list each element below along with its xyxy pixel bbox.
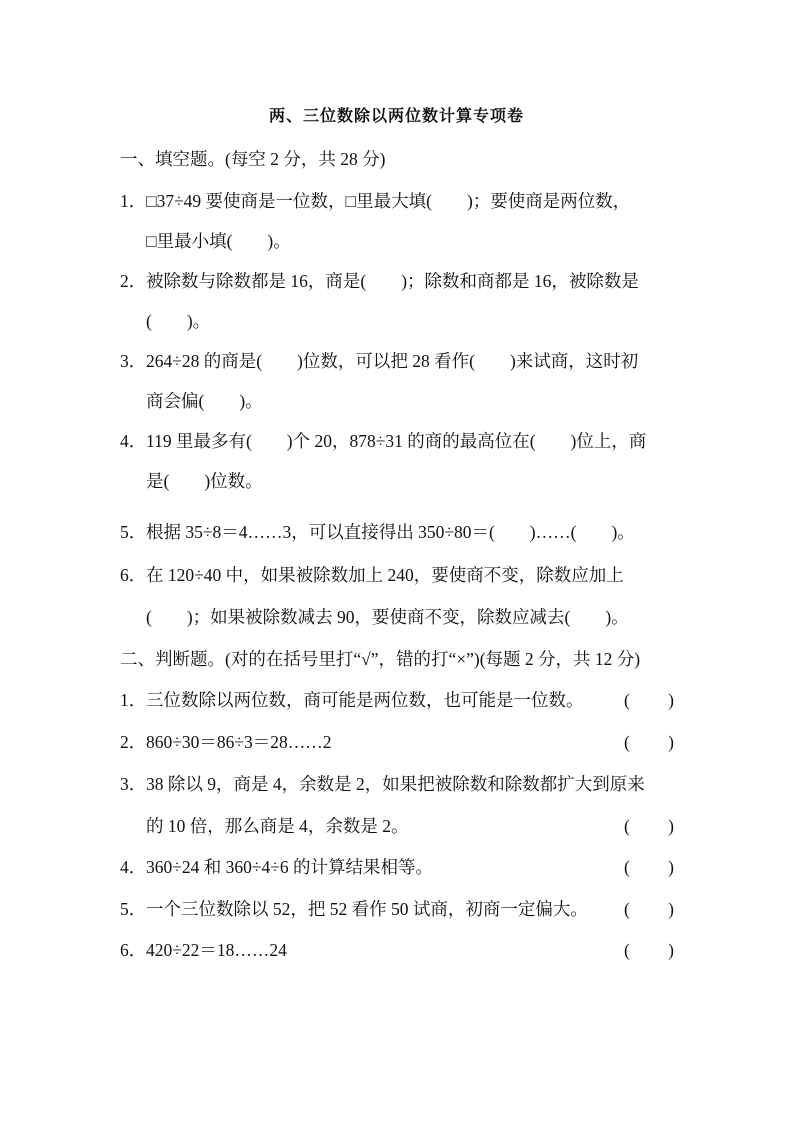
answer-bracket-6[interactable]: () (624, 938, 674, 962)
question-number: 6． (120, 938, 146, 962)
fill-question-3-cont: 商会偏( )。 (146, 389, 263, 413)
question-number: 2． (120, 269, 146, 293)
judge-question-5: 5．一个三位数除以 52，把 52 看作 50 试商，初商一定偏大。 (120, 897, 588, 921)
judge-question-6: 6．420÷22＝18……24 (120, 938, 287, 962)
question-number: 3． (120, 349, 146, 373)
fill-question-3: 3．264÷28 的商是( )位数，可以把 28 看作( )来试商，这时初 (120, 349, 638, 373)
question-text: 264÷28 的商是( )位数，可以把 28 看作( )来试商，这时初 (146, 351, 638, 371)
bracket-open: ( (624, 688, 630, 712)
fill-question-4-cont: 是( )位数。 (146, 469, 263, 493)
bracket-close: ) (668, 938, 674, 962)
question-text: 860÷30＝86÷3＝28……2 (146, 732, 331, 752)
page-title: 两、三位数除以两位数计算专项卷 (0, 103, 793, 126)
question-number: 6． (120, 563, 146, 587)
answer-bracket-4[interactable]: () (624, 855, 674, 879)
question-text: 360÷24 和 360÷4÷6 的计算结果相等。 (146, 857, 433, 877)
fill-question-1-cont: □里最小填( )。 (146, 229, 291, 253)
fill-question-2: 2．被除数与除数都是 16，商是( )；除数和商都是 16，被除数是 (120, 269, 639, 293)
question-number: 1． (120, 688, 146, 712)
fill-question-1: 1．□37÷49 要使商是一位数，□里最大填( )；要使商是两位数， (120, 189, 630, 213)
bracket-close: ) (668, 688, 674, 712)
bracket-open: ( (624, 855, 630, 879)
fill-question-6-cont: ( )；如果被除数减去 90，要使商不变，除数应减去( )。 (146, 605, 629, 629)
question-number: 5． (120, 520, 146, 544)
bracket-close: ) (668, 897, 674, 921)
fill-question-6: 6．在 120÷40 中，如果被除数加上 240，要使商不变，除数应加上 (120, 563, 624, 587)
question-number: 4． (120, 855, 146, 879)
answer-bracket-2[interactable]: () (624, 730, 674, 754)
question-number: 5． (120, 897, 146, 921)
bracket-close: ) (668, 855, 674, 879)
question-text: 38 除以 9，商是 4，余数是 2，如果把被除数和除数都扩大到原来 (146, 774, 645, 794)
question-text: 420÷22＝18……24 (146, 940, 287, 960)
fill-question-2-cont: ( )。 (146, 309, 210, 333)
question-text: 被除数与除数都是 16，商是( )；除数和商都是 16，被除数是 (146, 271, 639, 291)
bracket-open: ( (624, 897, 630, 921)
answer-bracket-3[interactable]: () (624, 814, 674, 838)
question-text: □37÷49 要使商是一位数，□里最大填( )；要使商是两位数， (146, 191, 630, 211)
question-number: 4． (120, 429, 146, 453)
judge-question-3: 3．38 除以 9，商是 4，余数是 2，如果把被除数和除数都扩大到原来 (120, 772, 645, 796)
section1-heading: 一、填空题。(每空 2 分，共 28 分) (120, 147, 385, 171)
question-number: 1． (120, 189, 146, 213)
question-text: 在 120÷40 中，如果被除数加上 240，要使商不变，除数应加上 (146, 565, 624, 585)
bracket-close: ) (668, 730, 674, 754)
question-text: 一个三位数除以 52，把 52 看作 50 试商，初商一定偏大。 (146, 899, 588, 919)
answer-bracket-1[interactable]: () (624, 688, 674, 712)
bracket-open: ( (624, 938, 630, 962)
question-number: 3． (120, 772, 146, 796)
fill-question-5: 5．根据 35÷8＝4……3，可以直接得出 350÷80＝( )……( )。 (120, 520, 635, 544)
fill-question-4: 4．119 里最多有( )个 20，878÷31 的商的最高位在( )位上，商 (120, 429, 646, 453)
bracket-open: ( (624, 814, 630, 838)
question-text: 根据 35÷8＝4……3，可以直接得出 350÷80＝( )……( )。 (146, 522, 635, 542)
bracket-close: ) (668, 814, 674, 838)
section2-heading: 二、判断题。(对的在括号里打“√”，错的打“×”)(每题 2 分，共 12 分) (120, 647, 640, 671)
judge-question-3-cont: 的 10 倍，那么商是 4，余数是 2。 (146, 814, 409, 838)
judge-question-4: 4．360÷24 和 360÷4÷6 的计算结果相等。 (120, 855, 433, 879)
judge-question-1: 1．三位数除以两位数，商可能是两位数，也可能是一位数。 (120, 688, 584, 712)
bracket-open: ( (624, 730, 630, 754)
judge-question-2: 2．860÷30＝86÷3＝28……2 (120, 730, 331, 754)
question-number: 2． (120, 730, 146, 754)
question-text: 119 里最多有( )个 20，878÷31 的商的最高位在( )位上，商 (146, 431, 646, 451)
answer-bracket-5[interactable]: () (624, 897, 674, 921)
question-text: 三位数除以两位数，商可能是两位数，也可能是一位数。 (146, 690, 584, 710)
